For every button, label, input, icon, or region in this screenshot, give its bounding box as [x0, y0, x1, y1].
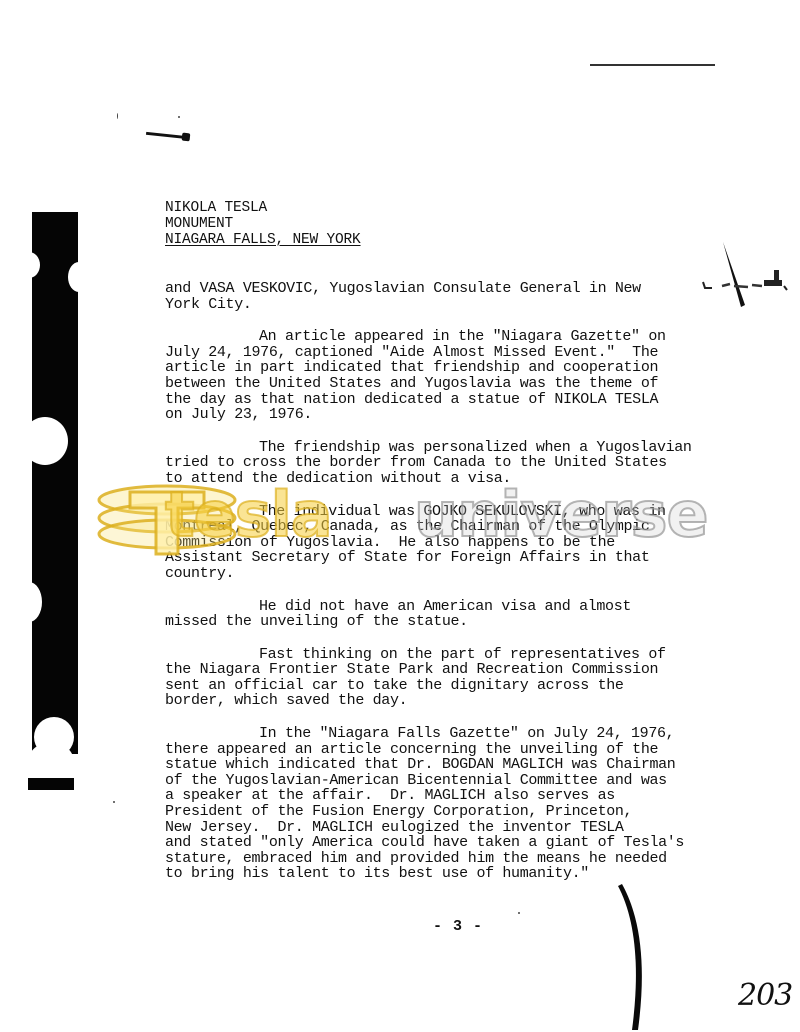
- scan-speck: [178, 116, 180, 118]
- scan-speck: [117, 113, 118, 119]
- binder-hole: [68, 262, 90, 292]
- paragraph-friendship: The friendship was personalized when a Y…: [165, 440, 735, 487]
- caption-subject: NIKOLA TESLA: [165, 200, 361, 216]
- paragraph-niagara-gazette-article: An article appeared in the "Niagara Gaze…: [165, 329, 735, 423]
- document-page: NIKOLA TESLA MONUMENT NIAGARA FALLS, NEW…: [0, 0, 800, 1032]
- binder-strip-tail: [28, 778, 74, 790]
- paragraph-fast-thinking: Fast thinking on the part of representat…: [165, 647, 735, 709]
- paragraph-visa: He did not have an American visa and alm…: [165, 599, 735, 630]
- binder-hole: [16, 582, 42, 622]
- paragraph-individual: The individual was GOJKO SEKULOVSKI, who…: [165, 504, 735, 582]
- scan-speck: [518, 912, 520, 914]
- handwritten-page-number: 203: [738, 978, 792, 1013]
- caption-subject-type: MONUMENT: [165, 216, 361, 232]
- margin-arrow-mark: [146, 132, 188, 139]
- top-rule-mark: [590, 64, 715, 66]
- binder-hole: [28, 742, 74, 782]
- paragraph-maglich: In the "Niagara Falls Gazette" on July 2…: [165, 726, 735, 882]
- page-number: - 3 -: [433, 918, 483, 935]
- paragraph-continuation: and VASA VESKOVIC, Yugoslavian Consulate…: [165, 281, 735, 312]
- caption-location: NIAGARA FALLS, NEW YORK: [165, 232, 361, 248]
- scan-speck: [113, 801, 115, 803]
- binder-hole: [22, 417, 68, 465]
- case-caption: NIKOLA TESLA MONUMENT NIAGARA FALLS, NEW…: [165, 200, 361, 248]
- binder-hole: [18, 252, 40, 278]
- binder-hole-strip: [32, 212, 78, 754]
- document-body: and VASA VESKOVIC, Yugoslavian Consulate…: [165, 281, 735, 899]
- handwritten-bracket-mark: [610, 880, 650, 1032]
